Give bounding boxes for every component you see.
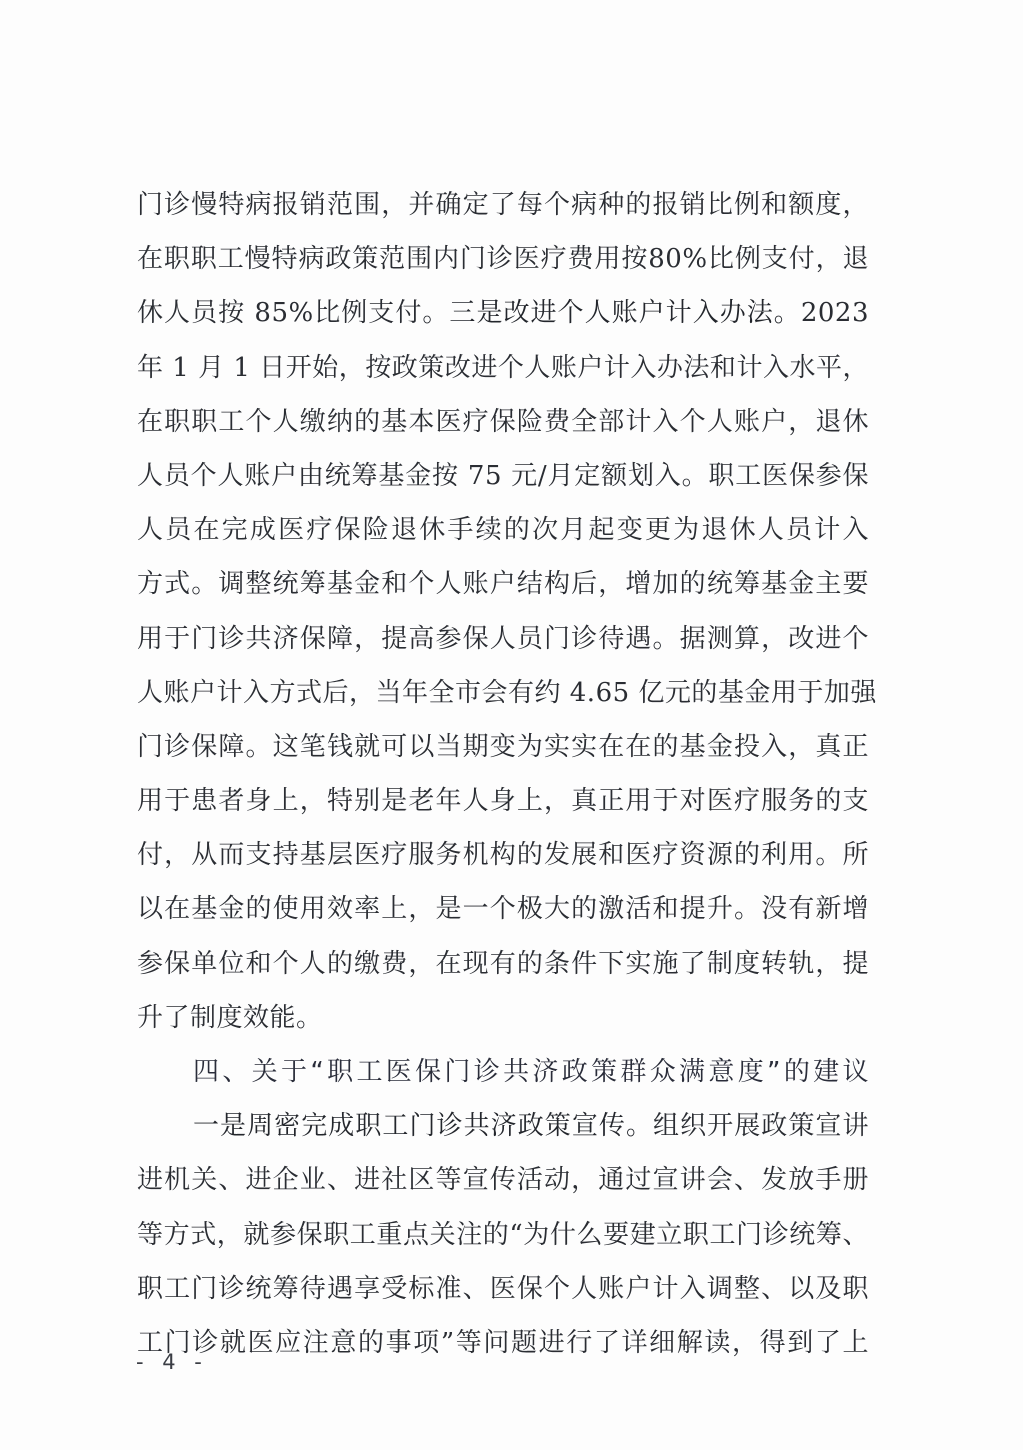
- document-body: 门诊慢特病报销范围，并确定了每个病种的报销比例和额度， 在职职工慢特病政策范围内…: [137, 178, 869, 1370]
- text-segment: 2023: [801, 298, 869, 328]
- text-line: 升了制度效能。: [137, 991, 869, 1045]
- text-line: 在职职工慢特病政策范围内门诊医疗费用按80%比例支付，退: [137, 232, 869, 286]
- section-heading: 四、关于“职工医保门诊共济政策群众满意度”的建议: [137, 1045, 869, 1099]
- text-segment: 组织开展政策宣讲: [653, 1111, 869, 1141]
- emphasis-phrase: 一是周密完成职工门诊共济政策宣传。: [193, 1111, 653, 1141]
- text-line: 门诊慢特病报销范围，并确定了每个病种的报销比例和额度，: [137, 178, 869, 232]
- text-line: 进机关、进企业、进社区等宣传活动，通过宣讲会、发放手册: [137, 1153, 869, 1207]
- text-line: 年 1 月 1 日开始，按政策改进个人账户计入办法和计入水平，: [137, 341, 869, 395]
- text-line: 职工门诊统筹待遇享受标准、医保个人账户计入调整、以及职: [137, 1262, 869, 1316]
- text-line: 付，从而支持基层医疗服务机构的发展和医疗资源的利用。所: [137, 828, 869, 882]
- text-line: 人账户计入方式后，当年全市会有约 4.65 亿元的基金用于加强: [137, 666, 869, 720]
- text-line: 一是周密完成职工门诊共济政策宣传。组织开展政策宣讲: [137, 1099, 869, 1153]
- text-line: 休人员按 85%比例支付。三是改进个人账户计入办法。2023: [137, 286, 869, 340]
- text-line: 参保单位和个人的缴费，在现有的条件下实施了制度转轨，提: [137, 937, 869, 991]
- text-line: 用于患者身上，特别是老年人身上，真正用于对医疗服务的支: [137, 774, 869, 828]
- text-line: 等方式，就参保职工重点关注的“为什么要建立职工门诊统筹、: [137, 1208, 869, 1262]
- text-line: 用于门诊共济保障，提高参保人员门诊待遇。据测算，改进个: [137, 612, 869, 666]
- page-number: - 4 -: [136, 1350, 208, 1374]
- text-line: 以在基金的使用效率上，是一个极大的激活和提升。没有新增: [137, 882, 869, 936]
- text-line: 在职职工个人缴纳的基本医疗保险费全部计入个人账户，退休: [137, 395, 869, 449]
- text-line: 方式。调整统筹基金和个人账户结构后，增加的统筹基金主要: [137, 557, 869, 611]
- text-line: 门诊保障。这笔钱就可以当期变为实实在在的基金投入，真正: [137, 720, 869, 774]
- emphasis-phrase: 三是改进个人账户计入办法。: [449, 298, 800, 328]
- text-line: 工门诊就医应注意的事项”等问题进行了详细解读，得到了上: [137, 1316, 869, 1370]
- text-line: 人员在完成医疗保险退休手续的次月起变更为退休人员计入: [137, 503, 869, 557]
- document-page: 门诊慢特病报销范围，并确定了每个病种的报销比例和额度， 在职职工慢特病政策范围内…: [0, 0, 1023, 1450]
- text-segment: 休人员按 85%比例支付。: [137, 298, 449, 328]
- text-line: 人员个人账户由统筹基金按 75 元/月定额划入。职工医保参保: [137, 449, 869, 503]
